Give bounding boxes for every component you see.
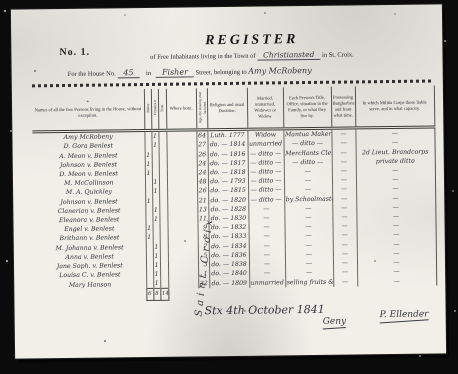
cell-married: — bbox=[248, 204, 284, 214]
header-religion: Religion and usual Doctrine. bbox=[207, 88, 248, 130]
cell-born bbox=[168, 223, 198, 233]
header-married: Married, unmarried, Widower or Widow. bbox=[247, 87, 284, 129]
register-rows: Amy McRobeny164Luth. 1777WidowMantua Mak… bbox=[32, 127, 436, 290]
cell-burgher: — bbox=[333, 222, 357, 231]
cell-t bbox=[159, 187, 167, 196]
cell-religion: do. — 1814 bbox=[207, 140, 247, 150]
subtitle-prefix: of Free Inhabitants living in the Town o… bbox=[150, 53, 255, 61]
cell-married: — bbox=[249, 250, 285, 260]
cell-born bbox=[168, 260, 198, 270]
cell-married: unmarried bbox=[247, 140, 283, 150]
owner-name-handwritten: Amy McRobeny bbox=[248, 66, 312, 76]
cell-burgher: — bbox=[333, 277, 357, 287]
register-document-page: No. 1. REGISTER of Free Inhabitants livi… bbox=[11, 4, 446, 358]
cell-born bbox=[166, 130, 196, 141]
cell-t bbox=[159, 169, 167, 178]
cell-married: — ditto — bbox=[248, 195, 284, 205]
signature-two: P. Ellender bbox=[380, 310, 429, 323]
totals-spacer bbox=[34, 289, 146, 302]
cell-t bbox=[159, 196, 167, 205]
cell-burgher: — bbox=[332, 212, 356, 221]
cell-born bbox=[167, 214, 197, 224]
cell-burgher: — bbox=[333, 231, 357, 240]
cell-t bbox=[159, 150, 167, 159]
header-names: *Names of all the free Persons living in… bbox=[32, 89, 145, 132]
cell-burgher: — bbox=[332, 176, 356, 185]
cell-born bbox=[168, 279, 198, 289]
cell-title: Merchants Clerk bbox=[284, 148, 332, 158]
house-number-handwritten: 45 bbox=[117, 68, 139, 78]
header-burgherbriefs: Possessing Burgherbriefs and from what t… bbox=[331, 86, 356, 128]
date-line-handwritten: Stx 4th October 1841 bbox=[205, 303, 325, 317]
cell-burgher: — bbox=[332, 194, 356, 203]
street-name-handwritten: Fisher bbox=[156, 67, 194, 77]
total-all: 14 bbox=[160, 289, 168, 301]
cell-married: Widow bbox=[247, 129, 283, 140]
cell-born bbox=[168, 242, 198, 252]
cell-t bbox=[159, 160, 167, 169]
cell-t bbox=[160, 270, 168, 279]
cell-burgher: — bbox=[332, 166, 356, 175]
cell-burgher: — bbox=[333, 267, 357, 276]
cell-married: — bbox=[249, 241, 285, 251]
cell-title: selling fruits &c. bbox=[285, 277, 333, 287]
cell-burgher: — bbox=[332, 185, 356, 194]
cell-born bbox=[168, 233, 198, 243]
header-militia: In which Militia Corps those liable serv… bbox=[355, 85, 435, 128]
house-line: For the House No. 45 in Fisher Street, b… bbox=[32, 64, 433, 78]
cell-age: 64 bbox=[196, 130, 207, 141]
cell-married: — ditto — bbox=[248, 167, 284, 177]
cell-born bbox=[167, 159, 197, 169]
cell-t bbox=[160, 233, 168, 242]
cell-burgher: — bbox=[332, 157, 356, 166]
cell-married: — bbox=[249, 222, 285, 232]
cell-t bbox=[160, 224, 168, 233]
cell-married: — bbox=[249, 232, 285, 242]
cell-married: — bbox=[249, 259, 285, 269]
signature-flourish bbox=[323, 327, 346, 330]
header-where-born: Where born. bbox=[166, 88, 197, 130]
signature-block: Stx 4th October 1841 Geny P. Ellender bbox=[34, 300, 435, 347]
cell-t bbox=[158, 130, 166, 141]
header-title-office: Each Person's Title, Office, situation i… bbox=[283, 87, 332, 129]
cell-title: Mantua Maker bbox=[283, 128, 331, 139]
signature-one: Geny bbox=[323, 317, 347, 329]
cell-married: — ditto — bbox=[248, 158, 284, 168]
town-name-handwritten: Christiansted bbox=[257, 50, 320, 61]
cell-t bbox=[160, 279, 168, 289]
cell-born bbox=[168, 269, 198, 279]
cell-age: 24 bbox=[197, 159, 208, 168]
house-line-in: in bbox=[146, 70, 151, 77]
cell-religion: do. — 1838 bbox=[209, 260, 249, 270]
cell-religion: Luth. 1777 bbox=[207, 129, 247, 140]
cell-married: — ditto — bbox=[248, 149, 284, 159]
page-number-label: No. 1. bbox=[59, 47, 90, 58]
cell-burgher: — bbox=[333, 240, 357, 249]
register-table: *Names of all the free Persons living in… bbox=[32, 85, 437, 302]
house-line-prefix: For the House No. bbox=[68, 70, 116, 78]
cell-t bbox=[160, 242, 168, 251]
cell-religion: do. — 1836 bbox=[209, 250, 249, 260]
cell-t bbox=[160, 251, 168, 260]
cell-burgher: — bbox=[332, 148, 356, 157]
cell-born bbox=[168, 251, 198, 261]
cell-married: — ditto — bbox=[248, 186, 284, 196]
cell-born bbox=[167, 141, 197, 151]
cell-age: 24 bbox=[197, 168, 208, 177]
cell-t bbox=[159, 215, 167, 224]
cell-militia: 2d Lieut. Brandcorps bbox=[356, 147, 435, 157]
cell-born bbox=[167, 205, 197, 215]
cell-married: — ditto — bbox=[248, 176, 284, 186]
register-table-header: *Names of all the free Persons living in… bbox=[32, 85, 434, 132]
cell-born bbox=[167, 178, 197, 188]
cell-born bbox=[167, 187, 197, 197]
cell-born bbox=[167, 196, 197, 206]
cell-burgher: — bbox=[331, 128, 355, 139]
cell-married: unmarried bbox=[249, 278, 285, 288]
cell-burgher: — bbox=[331, 139, 355, 148]
noise-speck bbox=[4, 10, 6, 12]
cell-born bbox=[167, 168, 197, 178]
cell-t bbox=[159, 205, 167, 214]
cell-title: by Schoolmaster bbox=[284, 194, 332, 204]
cell-religion: do. — 1816 bbox=[208, 149, 248, 159]
cell-burgher: — bbox=[333, 249, 357, 258]
cell-married: — bbox=[249, 268, 285, 278]
cell-t bbox=[160, 261, 168, 270]
cell-religion: do. — 1809 bbox=[209, 278, 249, 288]
header-age: Age, the ensuing year included. bbox=[196, 88, 208, 130]
cell-age: 27 bbox=[196, 141, 207, 150]
cell-t bbox=[159, 141, 167, 150]
cell-religion: do. — 1840 bbox=[209, 269, 249, 279]
cell-married: — bbox=[248, 213, 284, 223]
cell-t bbox=[159, 178, 167, 187]
cell-age: 26 bbox=[197, 150, 208, 159]
scanned-photo: { "page": { "no_label": "No. 1.", "title… bbox=[0, 0, 458, 374]
cell-born bbox=[167, 150, 197, 160]
subtitle-suffix: in St. Croix. bbox=[322, 51, 354, 58]
house-line-suffix: Street, belonging to bbox=[195, 69, 246, 77]
cell-burgher: — bbox=[332, 203, 356, 212]
cell-age: 48 bbox=[197, 177, 208, 186]
cell-burgher: — bbox=[333, 258, 357, 267]
